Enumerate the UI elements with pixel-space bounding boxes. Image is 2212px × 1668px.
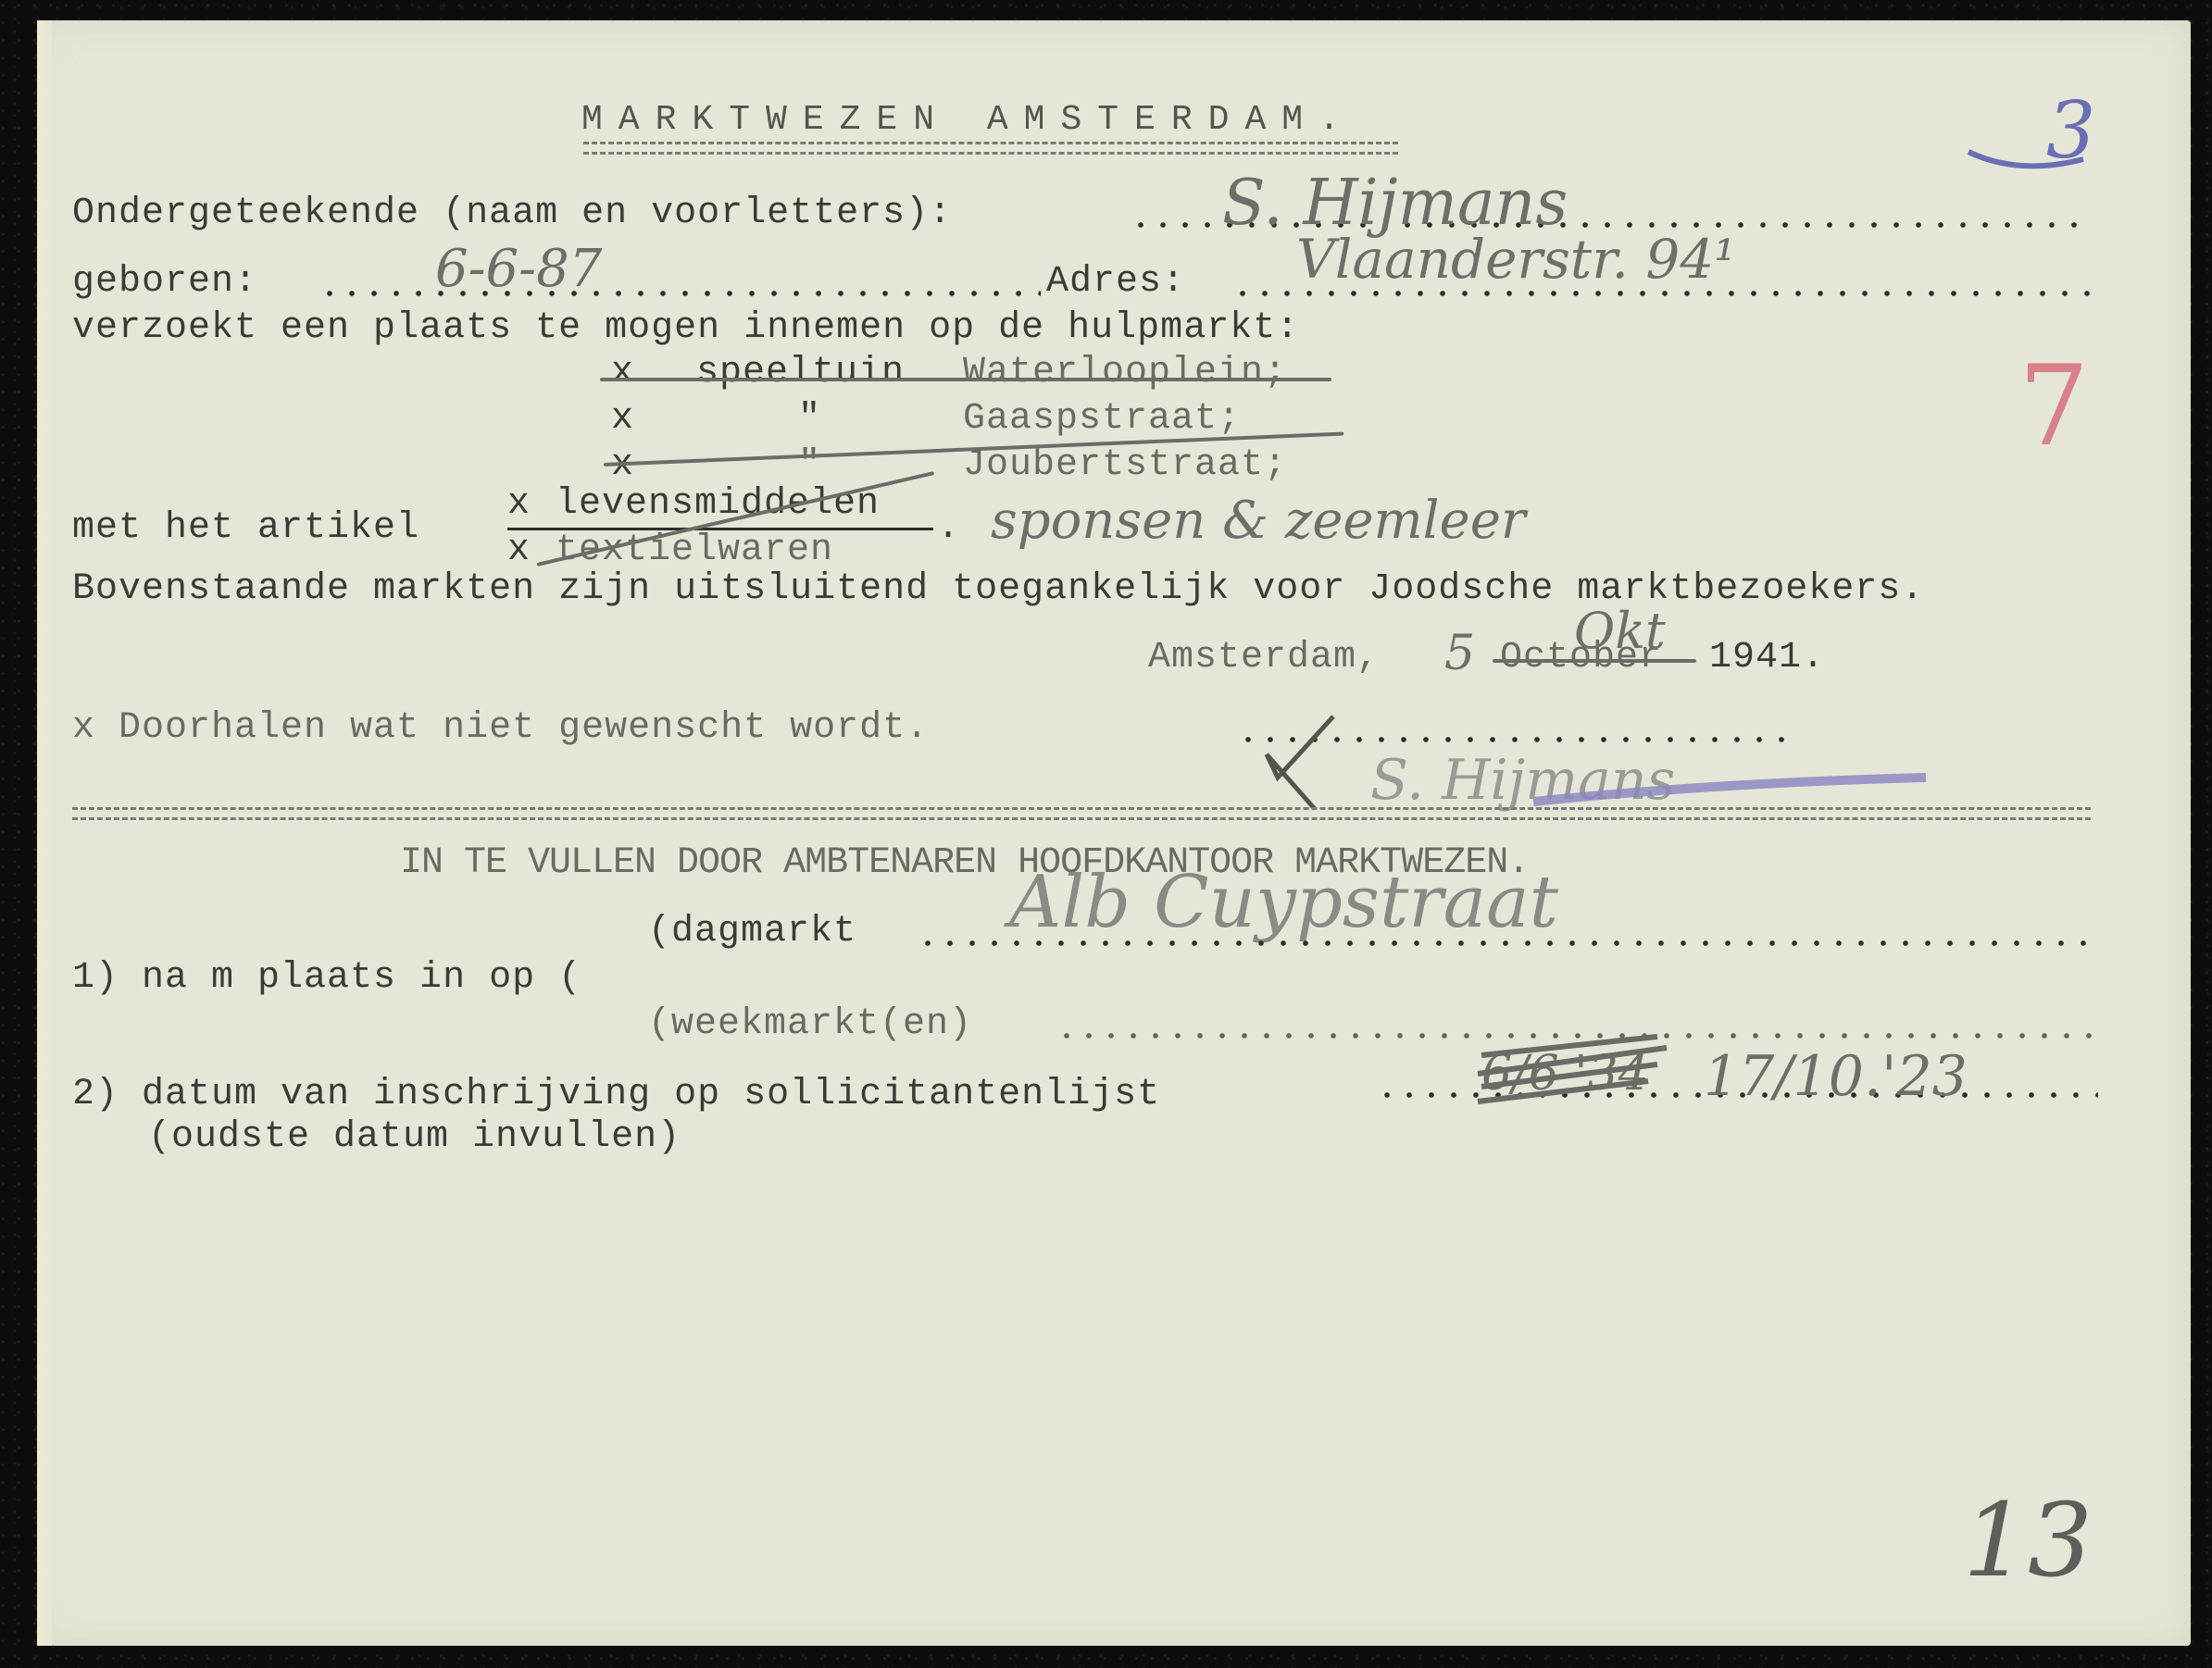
date-day-handwritten: 5 [1444,626,1475,681]
item-2-handwritten-date: 17/10.'23 [1704,1044,1968,1109]
archive-number: 13 [1963,1481,2093,1600]
article-1-name: levensmiddelen [556,483,880,525]
market-3-prefix: " [798,444,821,486]
item-2-scribble [1472,1027,1676,1111]
market-3-name: Joubertstraat; [963,444,1287,486]
born-handwritten: 6-6-87 [435,239,602,299]
name-label: Ondergeteekende (naam en voorletters): [72,193,952,234]
article-handwritten: sponsen & zeemleer [991,491,1526,551]
address-label: Adres: [1046,261,1185,303]
document-title: MARKTWEZEN AMSTERDAM. [581,100,1356,140]
signature-blue-stroke [1528,765,1935,811]
market-2-prefix: " [798,398,821,440]
born-label: geboren: [72,261,257,303]
section-double-separator [72,807,2091,820]
signature-checkmark [1259,713,1352,815]
market-handwritten: Alb Cuypstraat [1009,861,1558,944]
dagmarkt-label: (dagmarkt [648,911,856,952]
article-period: . [937,507,960,549]
dagmarkt-dotted-field [917,940,2093,946]
market-2-mark: x [611,398,634,440]
item-2-label: 2) datum van inschrijving op sollicitant… [72,1074,1160,1115]
article-2-mark: x [507,529,531,571]
date-month-handwritten: Okt [1574,602,1666,660]
weekmarkt-label: (weekmarkt(en) [648,1003,972,1045]
item-1-label: 1) na m plaats in op ( [72,957,581,999]
paper-edge [37,20,52,1646]
market-1-mark: x [611,352,634,393]
market-1-prefix: speeltuin [696,352,905,393]
item-2-sublabel: (oudste datum invullen) [148,1116,681,1158]
market-1-name: Waterlooplein; [963,352,1287,393]
place-label: Amsterdam, [1148,637,1380,678]
strike-instruction-footnote: x Doorhalen wat niet gewenscht wordt. [72,707,929,749]
address-handwritten: Vlaanderstr. 94¹ [1296,228,1735,291]
born-dotted-field [319,291,1041,296]
blue-underline-stroke [1963,139,2093,176]
request-intro: verzoekt een plaats te mogen innemen op … [72,307,1299,349]
market-1-strikethrough [600,378,1331,381]
title-double-underline [583,142,1398,155]
article-1-mark: x [507,483,531,525]
date-year: 1941. [1709,637,1825,678]
article-label: met het artikel [72,507,419,549]
red-pencil-mark: 7 [2018,342,2089,471]
market-2-name: Gaaspstraat; [963,398,1241,440]
address-dotted-field [1231,291,2093,296]
